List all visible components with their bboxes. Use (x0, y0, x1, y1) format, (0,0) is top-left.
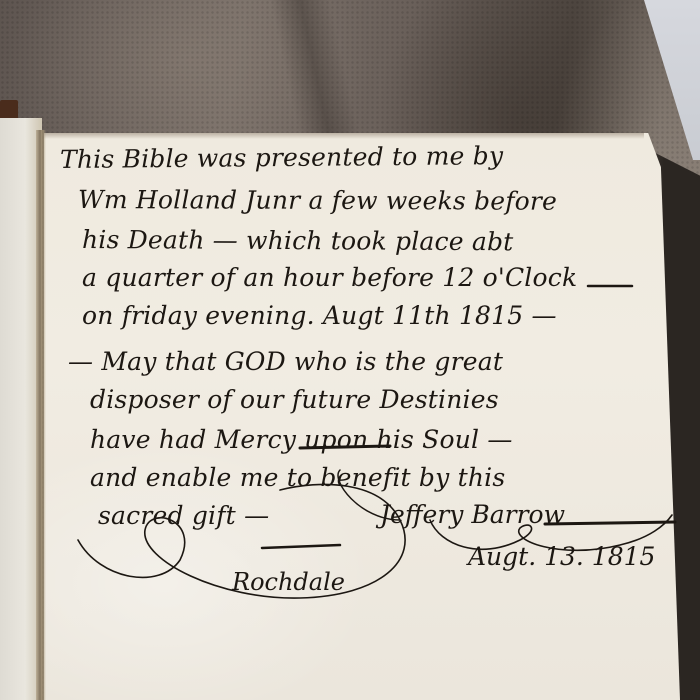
inscription-line-9: and enable me to benefit by this (90, 463, 505, 492)
inscription-line-8: have had Mercy upon his Soul — (90, 425, 513, 454)
inscription-line-7: disposer of our future Destinies (90, 385, 499, 414)
inscription-line-3: his Death — which took place abt (82, 225, 514, 256)
signature-name: Jeffery Barrow (380, 500, 565, 529)
signature-date: Augt. 13. 1815 (468, 542, 655, 571)
inscription-line-10: sacred gift — (98, 501, 269, 530)
inscription-line-4: a quarter of an hour before 12 o'Clock (82, 263, 577, 292)
inscription-line-2: Wm Holland Junr a few weeks before (78, 185, 557, 216)
inscription-line-5: on friday evening. Augt 11th 1815 — (82, 301, 557, 330)
inscription-line-6: — May that GOD who is the great (68, 347, 503, 376)
inscription-line-1: This Bible was presented to me by (60, 141, 503, 174)
page-gutter (36, 130, 46, 700)
signature-place: Rochdale (232, 568, 345, 596)
flyleaf-page (44, 133, 680, 700)
page-edge-shadow (44, 133, 644, 139)
